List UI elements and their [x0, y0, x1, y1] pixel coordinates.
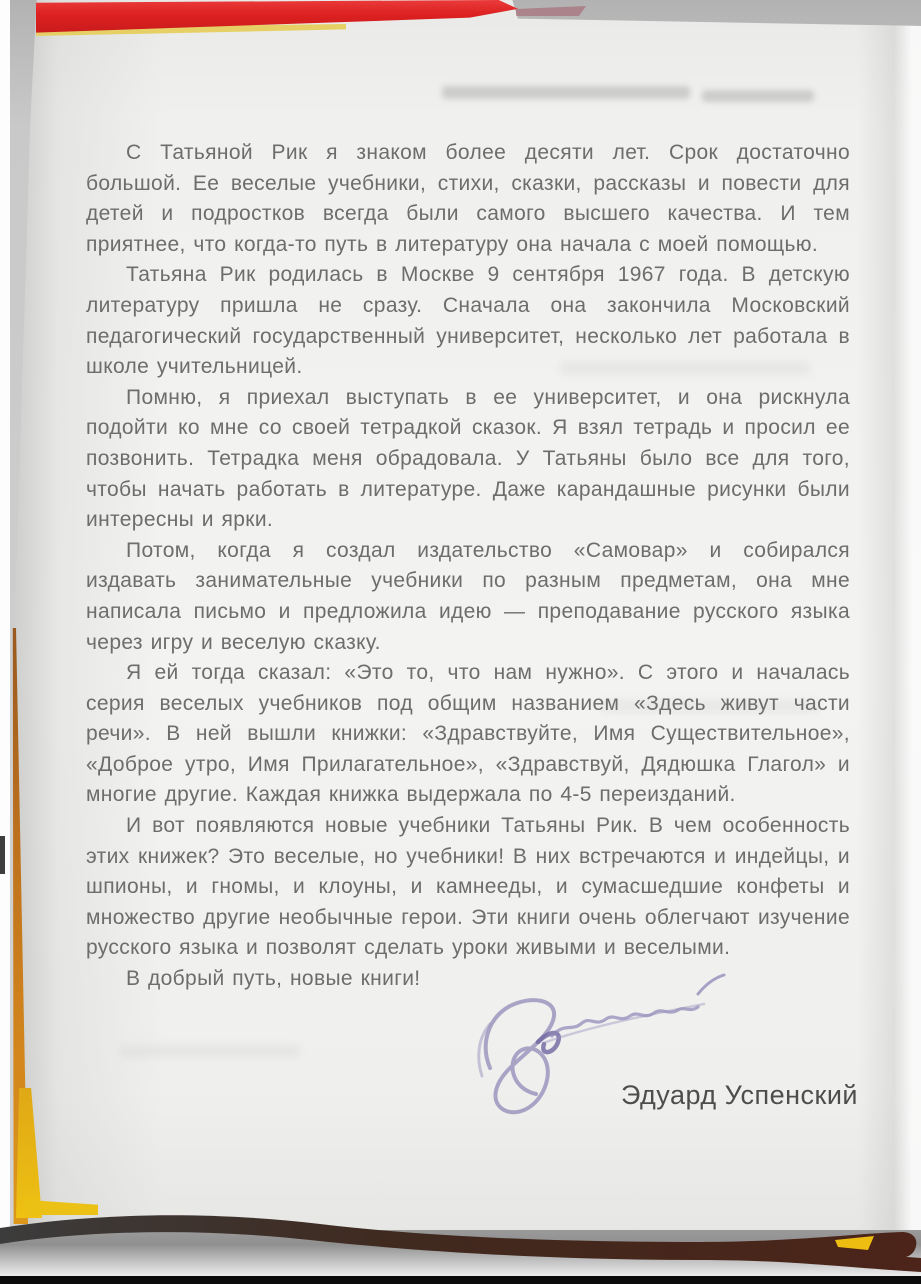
book-page-scan: С Татьяной Рик я знаком более десяти лет… — [0, 0, 921, 1284]
preface-text: С Татьяной Рик я знаком более десяти лет… — [86, 138, 850, 995]
author-name: Эдуард Успенский — [540, 1080, 858, 1111]
paragraph: Потом, когда я создал издательство «Само… — [86, 536, 850, 658]
binding-curve — [0, 1180, 921, 1284]
scan-artifact-mark — [0, 836, 5, 874]
paragraph: С Татьяной Рик я знаком более десяти лет… — [86, 138, 850, 260]
scan-black-strip — [0, 1276, 921, 1284]
bleedthrough-text-blur — [442, 86, 690, 99]
paragraph: И вот появляются новые учебники Татьяны … — [86, 811, 850, 964]
bleedthrough-text-blur — [702, 90, 814, 102]
paragraph: Татьяна Рик родилась в Москве 9 сентября… — [86, 260, 850, 382]
paragraph: Я ей тогда сказал: «Это то, что нам нужн… — [86, 658, 850, 811]
bleedthrough-text-blur — [120, 1046, 300, 1057]
paragraph: Помню, я приехал выступать в ее универси… — [86, 383, 850, 536]
